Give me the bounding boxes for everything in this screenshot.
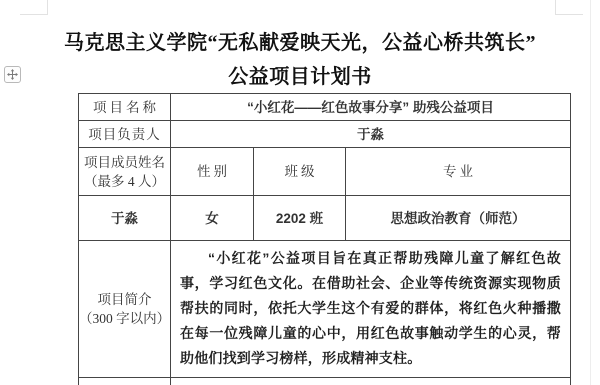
leader-label[interactable]: 项目负责人 [79, 121, 171, 148]
intro-content-cell[interactable]: “小红花”公益项目旨在真正帮助残障儿童了解红色故事，学习红色文化。在借助社会、企… [171, 241, 571, 378]
member-major[interactable]: 思想政治教育（师范） [346, 196, 571, 241]
document-title-line1[interactable]: 马克思主义学院“无私献爱映天光，公益心桥共筑长” [0, 26, 600, 55]
page-margin-mark-top-right [555, 0, 583, 15]
next-row-label-cell[interactable] [79, 378, 171, 385]
column-header-gender[interactable]: 性别 [171, 148, 254, 196]
table-move-handle[interactable] [4, 66, 21, 83]
member-gender[interactable]: 女 [171, 196, 254, 241]
intro-label[interactable]: 项目简介 （300 字以内） [79, 241, 171, 378]
member-name[interactable]: 于淼 [79, 196, 171, 241]
intro-text: “小红花”公益项目旨在真正帮助残障儿童了解红色故事，学习红色文化。在借助社会、企… [180, 246, 561, 371]
leader-value[interactable]: 于淼 [171, 121, 571, 148]
project-name-label[interactable]: 项目名称 [79, 94, 171, 121]
document-title-line2[interactable]: 公益项目计划书 [0, 60, 600, 89]
member-class[interactable]: 2202 班 [254, 196, 346, 241]
table-row-partial [79, 378, 571, 385]
page-margin-mark-top-left [20, 0, 48, 15]
next-row-content-cell[interactable] [171, 378, 571, 385]
project-name-value[interactable]: “小红花——红色故事分享” 助残公益项目 [171, 94, 571, 121]
table-row: 项目名称 “小红花——红色故事分享” 助残公益项目 [79, 94, 571, 121]
table-row: 项目成员姓名 （最多 4 人） 性别 班级 专业 [79, 148, 571, 196]
table-row: 项目简介 （300 字以内） “小红花”公益项目旨在真正帮助残障儿童了解红色故事… [79, 241, 571, 378]
members-label[interactable]: 项目成员姓名 （最多 4 人） [79, 148, 171, 196]
members-label-line2: （最多 4 人） [79, 172, 170, 191]
project-plan-table: 项目名称 “小红花——红色故事分享” 助残公益项目 项目负责人 于淼 项目成员姓… [78, 93, 571, 385]
column-header-class[interactable]: 班级 [254, 148, 346, 196]
intro-label-line1: 项目简介 [79, 290, 170, 309]
intro-label-line2: （300 字以内） [79, 309, 170, 328]
page-edge-line [590, 0, 591, 385]
members-label-line1: 项目成员姓名 [79, 153, 170, 172]
table-row: 项目负责人 于淼 [79, 121, 571, 148]
move-icon [7, 69, 18, 80]
column-header-major[interactable]: 专业 [346, 148, 571, 196]
table-row: 于淼 女 2202 班 思想政治教育（师范） [79, 196, 571, 241]
